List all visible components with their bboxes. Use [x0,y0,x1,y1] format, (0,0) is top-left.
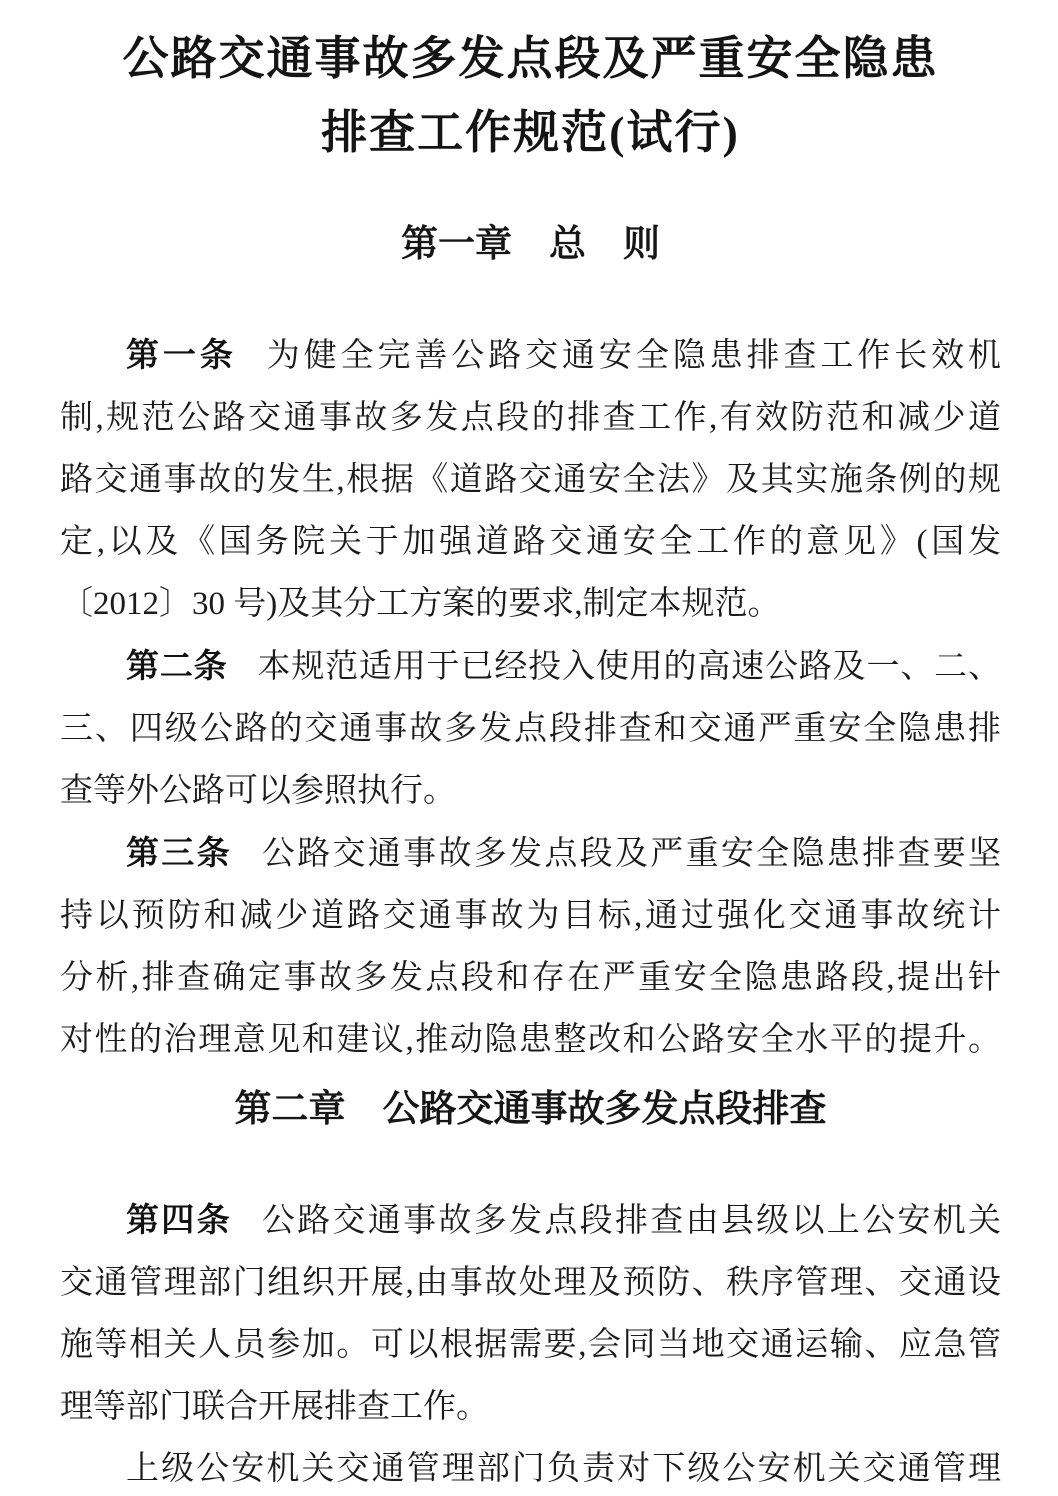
document-title: 公路交通事故多发点段及严重安全隐患 排查工作规范(试行) [60,22,1001,170]
article-1-line-4: 定,以及《国务院关于加强道路交通安全工作的意见》(国发 [60,511,1001,573]
title-line-2: 排查工作规范(试行) [60,96,1001,170]
article-4-line-1-text: 公路交通事故多发点段排查由县级以上公安机关 [262,1203,1001,1239]
article-1-number: 第一条 [126,336,237,373]
closing-paragraph-line-1: 上级公安机关交通管理部门负责对下级公安机关交通管理 [60,1438,1001,1496]
title-line-1: 公路交通事故多发点段及严重安全隐患 [60,22,1001,96]
article-2: 第二条本规范适用于已经投入使用的高速公路及一、二、 三、四级公路的交通事故多发点… [60,635,1001,822]
closing-paragraph: 上级公安机关交通管理部门负责对下级公安机关交通管理 [60,1438,1001,1496]
article-3-line-3: 分析,排查确定事故多发点段和存在严重安全隐患路段,提出针 [60,947,1001,1009]
document-page: 公路交通事故多发点段及严重安全隐患 排查工作规范(试行) 第一章 总 则 第一条… [0,0,1058,1496]
article-3-line-1-text: 公路交通事故多发点段及严重安全隐患排查要坚 [262,836,1001,872]
article-3-number: 第三条 [126,834,232,871]
article-4-line-1: 第四条公路交通事故多发点段排查由县级以上公安机关 [60,1189,1001,1252]
article-1-line-5: 〔2012〕30 号)及其分工方案的要求,制定本规范。 [60,573,1001,635]
article-2-line-2: 三、四级公路的交通事故多发点段排查和交通严重安全隐患排 [60,698,1001,760]
article-4-line-2: 交通管理部门组织开展,由事故处理及预防、秩序管理、交通设 [60,1252,1001,1314]
article-3-line-1: 第三条公路交通事故多发点段及严重安全隐患排查要坚 [60,822,1001,885]
article-4-line-4: 理等部门联合开展排查工作。 [60,1376,1001,1438]
article-4-number: 第四条 [126,1201,232,1238]
article-2-line-1: 第二条本规范适用于已经投入使用的高速公路及一、二、 [60,635,1001,698]
article-1: 第一条为健全完善公路交通安全隐患排查工作长效机 制,规范公路交通事故多发点段的排… [60,324,1001,635]
article-3: 第三条公路交通事故多发点段及严重安全隐患排查要坚 持以预防和减少道路交通事故为目… [60,822,1001,1071]
article-3-line-2: 持以预防和减少道路交通事故为目标,通过强化交通事故统计 [60,885,1001,947]
chapter-1-heading: 第一章 总 则 [60,222,1001,266]
article-3-line-4: 对性的治理意见和建议,推动隐患整改和公路安全水平的提升。 [60,1009,1001,1071]
article-1-line-1-text: 为健全完善公路交通安全隐患排查工作长效机 [267,338,1001,374]
article-2-number: 第二条 [126,647,228,684]
article-1-line-2: 制,规范公路交通事故多发点段的排查工作,有效防范和减少道 [60,387,1001,449]
chapter-2-heading: 第二章 公路交通事故多发点段排查 [60,1087,1001,1131]
article-2-line-1-text: 本规范适用于已经投入使用的高速公路及一、二、 [258,649,1002,685]
article-1-line-3: 路交通事故的发生,根据《道路交通安全法》及其实施条例的规 [60,449,1001,511]
article-2-line-3: 查等外公路可以参照执行。 [60,760,1001,822]
article-4: 第四条公路交通事故多发点段排查由县级以上公安机关 交通管理部门组织开展,由事故处… [60,1189,1001,1438]
article-1-line-1: 第一条为健全完善公路交通安全隐患排查工作长效机 [60,324,1001,387]
article-4-line-3: 施等相关人员参加。可以根据需要,会同当地交通运输、应急管 [60,1314,1001,1376]
